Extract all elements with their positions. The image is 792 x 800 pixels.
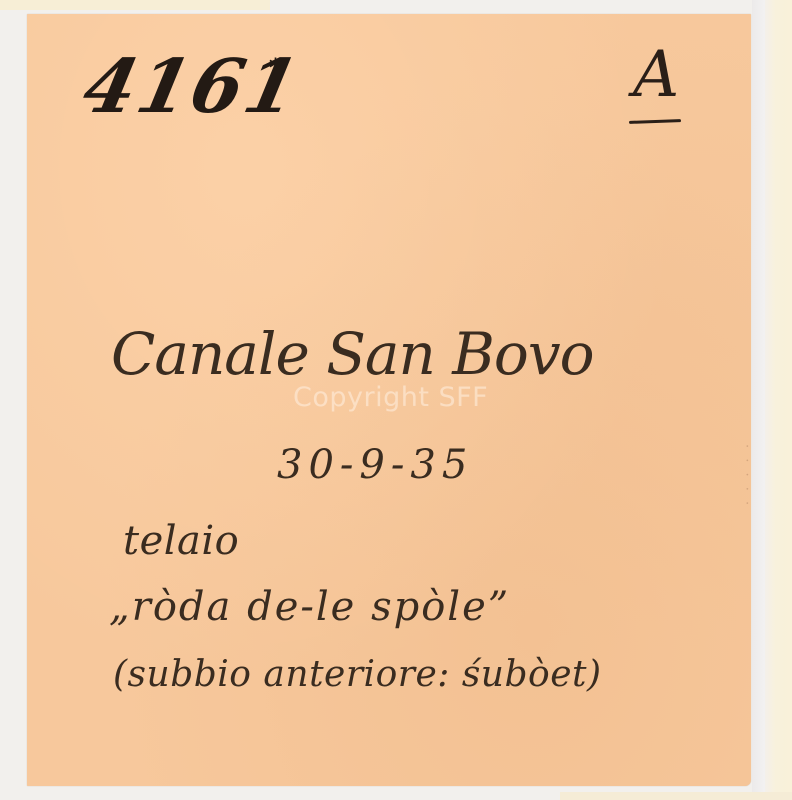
backing-sheet-shadow — [752, 0, 766, 800]
catalog-star-mark: * — [269, 54, 283, 84]
place-name: Canale San Bovo — [111, 320, 594, 388]
faint-pencil-mark: · · · · · — [739, 444, 754, 508]
copyright-watermark: Copyright SFF — [293, 382, 488, 413]
backing-sheet-top — [0, 0, 270, 10]
backing-sheet-right — [765, 0, 792, 800]
annotation-note: (subbio anteriore: śubòet) — [113, 654, 602, 695]
object-name: telaio — [123, 518, 239, 564]
local-dialect-name: „ròda de-le spòle” — [109, 584, 510, 630]
scan-scene: 4161 * A Canale San Bovo 30-9-35 telaio … — [0, 0, 792, 800]
series-letter-underline — [629, 119, 681, 124]
date: 30-9-35 — [277, 442, 473, 488]
backing-sheet-bottom — [560, 792, 792, 800]
series-letter: A — [633, 38, 680, 112]
